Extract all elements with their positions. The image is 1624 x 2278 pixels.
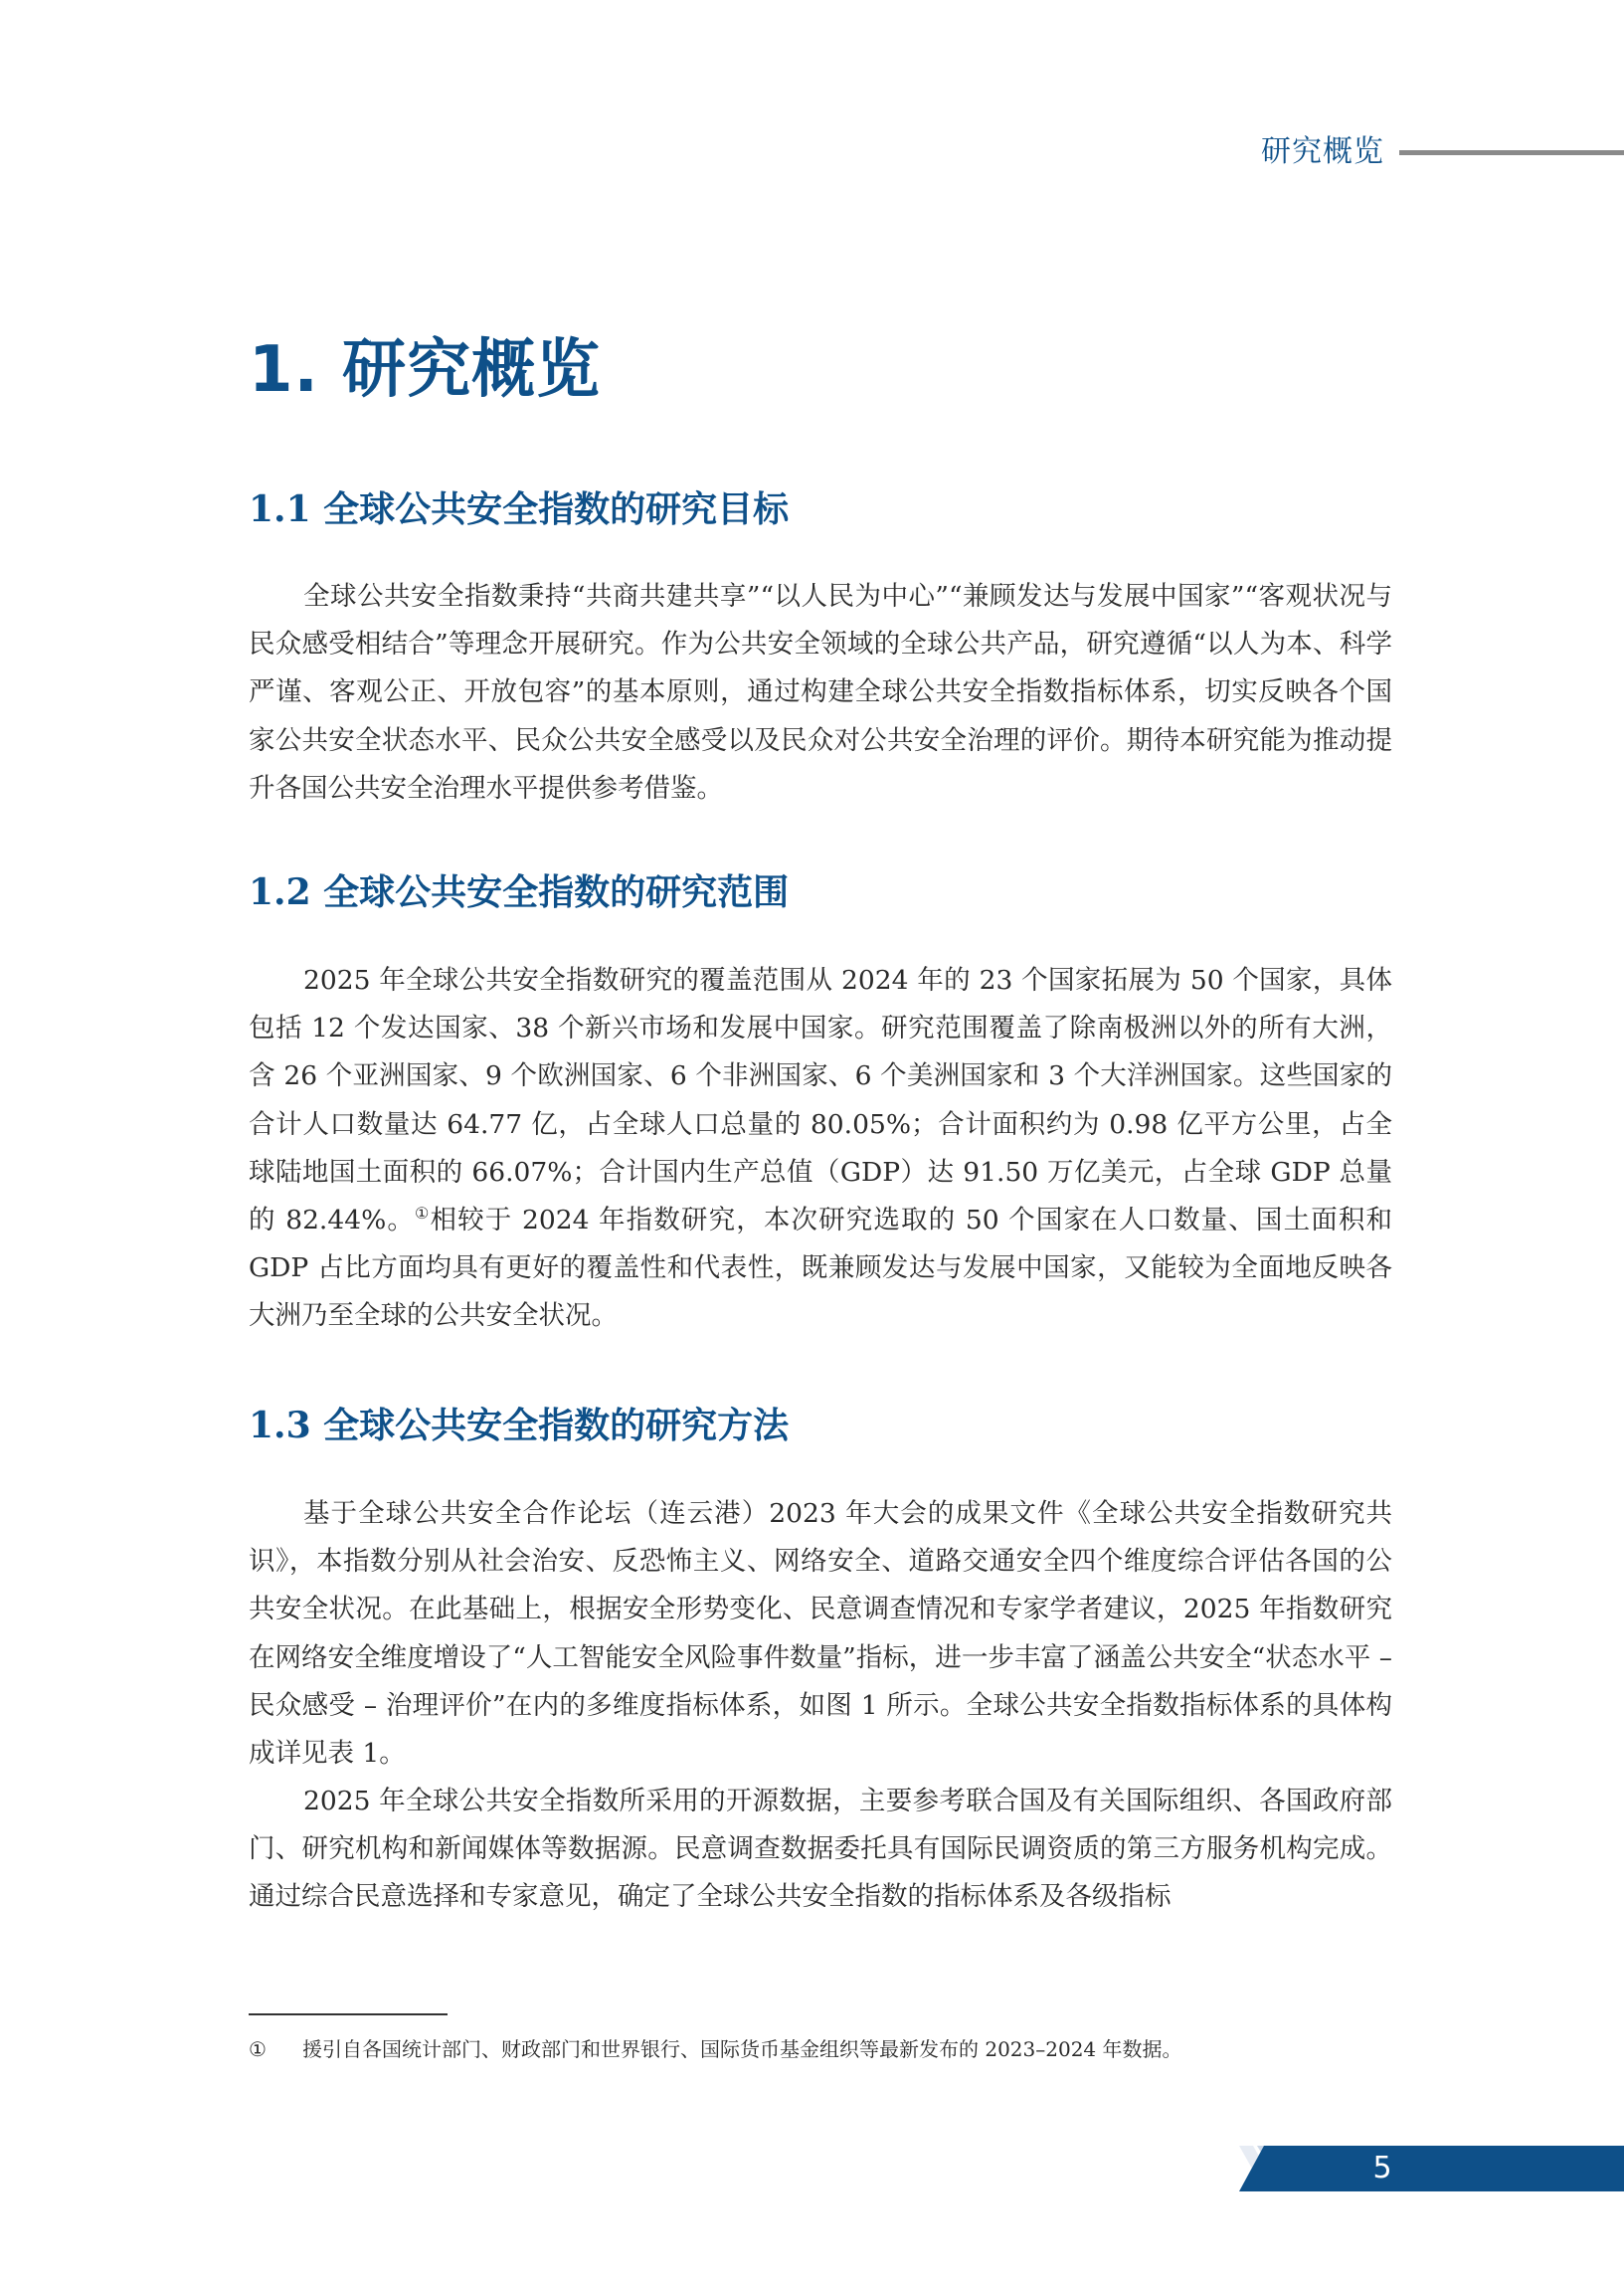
- section-1-2-text-part2: 相较于 2024 年指数研究，本次研究选取的 50 个国家在人口数量、国土面积和…: [249, 1205, 1392, 1331]
- running-header-rule: [1399, 150, 1624, 155]
- section-title-1-1: 1.1 全球公共安全指数的研究目标: [249, 485, 789, 533]
- footnote-mark: ①: [249, 2034, 302, 2064]
- footnote: ①援引自各国统计部门、财政部门和世界银行、国际货币基金组织等最新发布的 2023…: [249, 2034, 1182, 2064]
- section-1-3-paragraph-2: 2025 年全球公共安全指数所采用的开源数据，主要参考联合国及有关国际组织、各国…: [249, 1778, 1392, 1922]
- footnote-divider: [249, 2013, 448, 2015]
- section-title-1-2: 1.2 全球公共安全指数的研究范围: [249, 868, 789, 916]
- section-1-3-paragraph-1: 基于全球公共安全合作论坛（连云港）2023 年大会的成果文件《全球公共安全指数研…: [249, 1490, 1392, 1778]
- section-1-1-paragraph: 全球公共安全指数秉持“共商共建共享”“以人民为中心”“兼顾发达与发展中国家”“客…: [249, 573, 1392, 813]
- chapter-title: 1. 研究概览: [249, 330, 601, 410]
- page-number: 5: [1362, 2146, 1402, 2191]
- section-1-2-paragraph: 2025 年全球公共安全指数研究的覆盖范围从 2024 年的 23 个国家拓展为…: [249, 957, 1392, 1341]
- footnote-text: 援引自各国统计部门、财政部门和世界银行、国际货币基金组织等最新发布的 2023–…: [302, 2037, 1182, 2061]
- section-title-1-3: 1.3 全球公共安全指数的研究方法: [249, 1402, 789, 1449]
- section-1-2-text-part1: 2025 年全球公共安全指数研究的覆盖范围从 2024 年的 23 个国家拓展为…: [249, 965, 1392, 1235]
- page-number-band: [1239, 2146, 1624, 2191]
- footnote-reference[interactable]: ①: [415, 1204, 430, 1223]
- running-header-title: 研究概览: [1261, 131, 1384, 173]
